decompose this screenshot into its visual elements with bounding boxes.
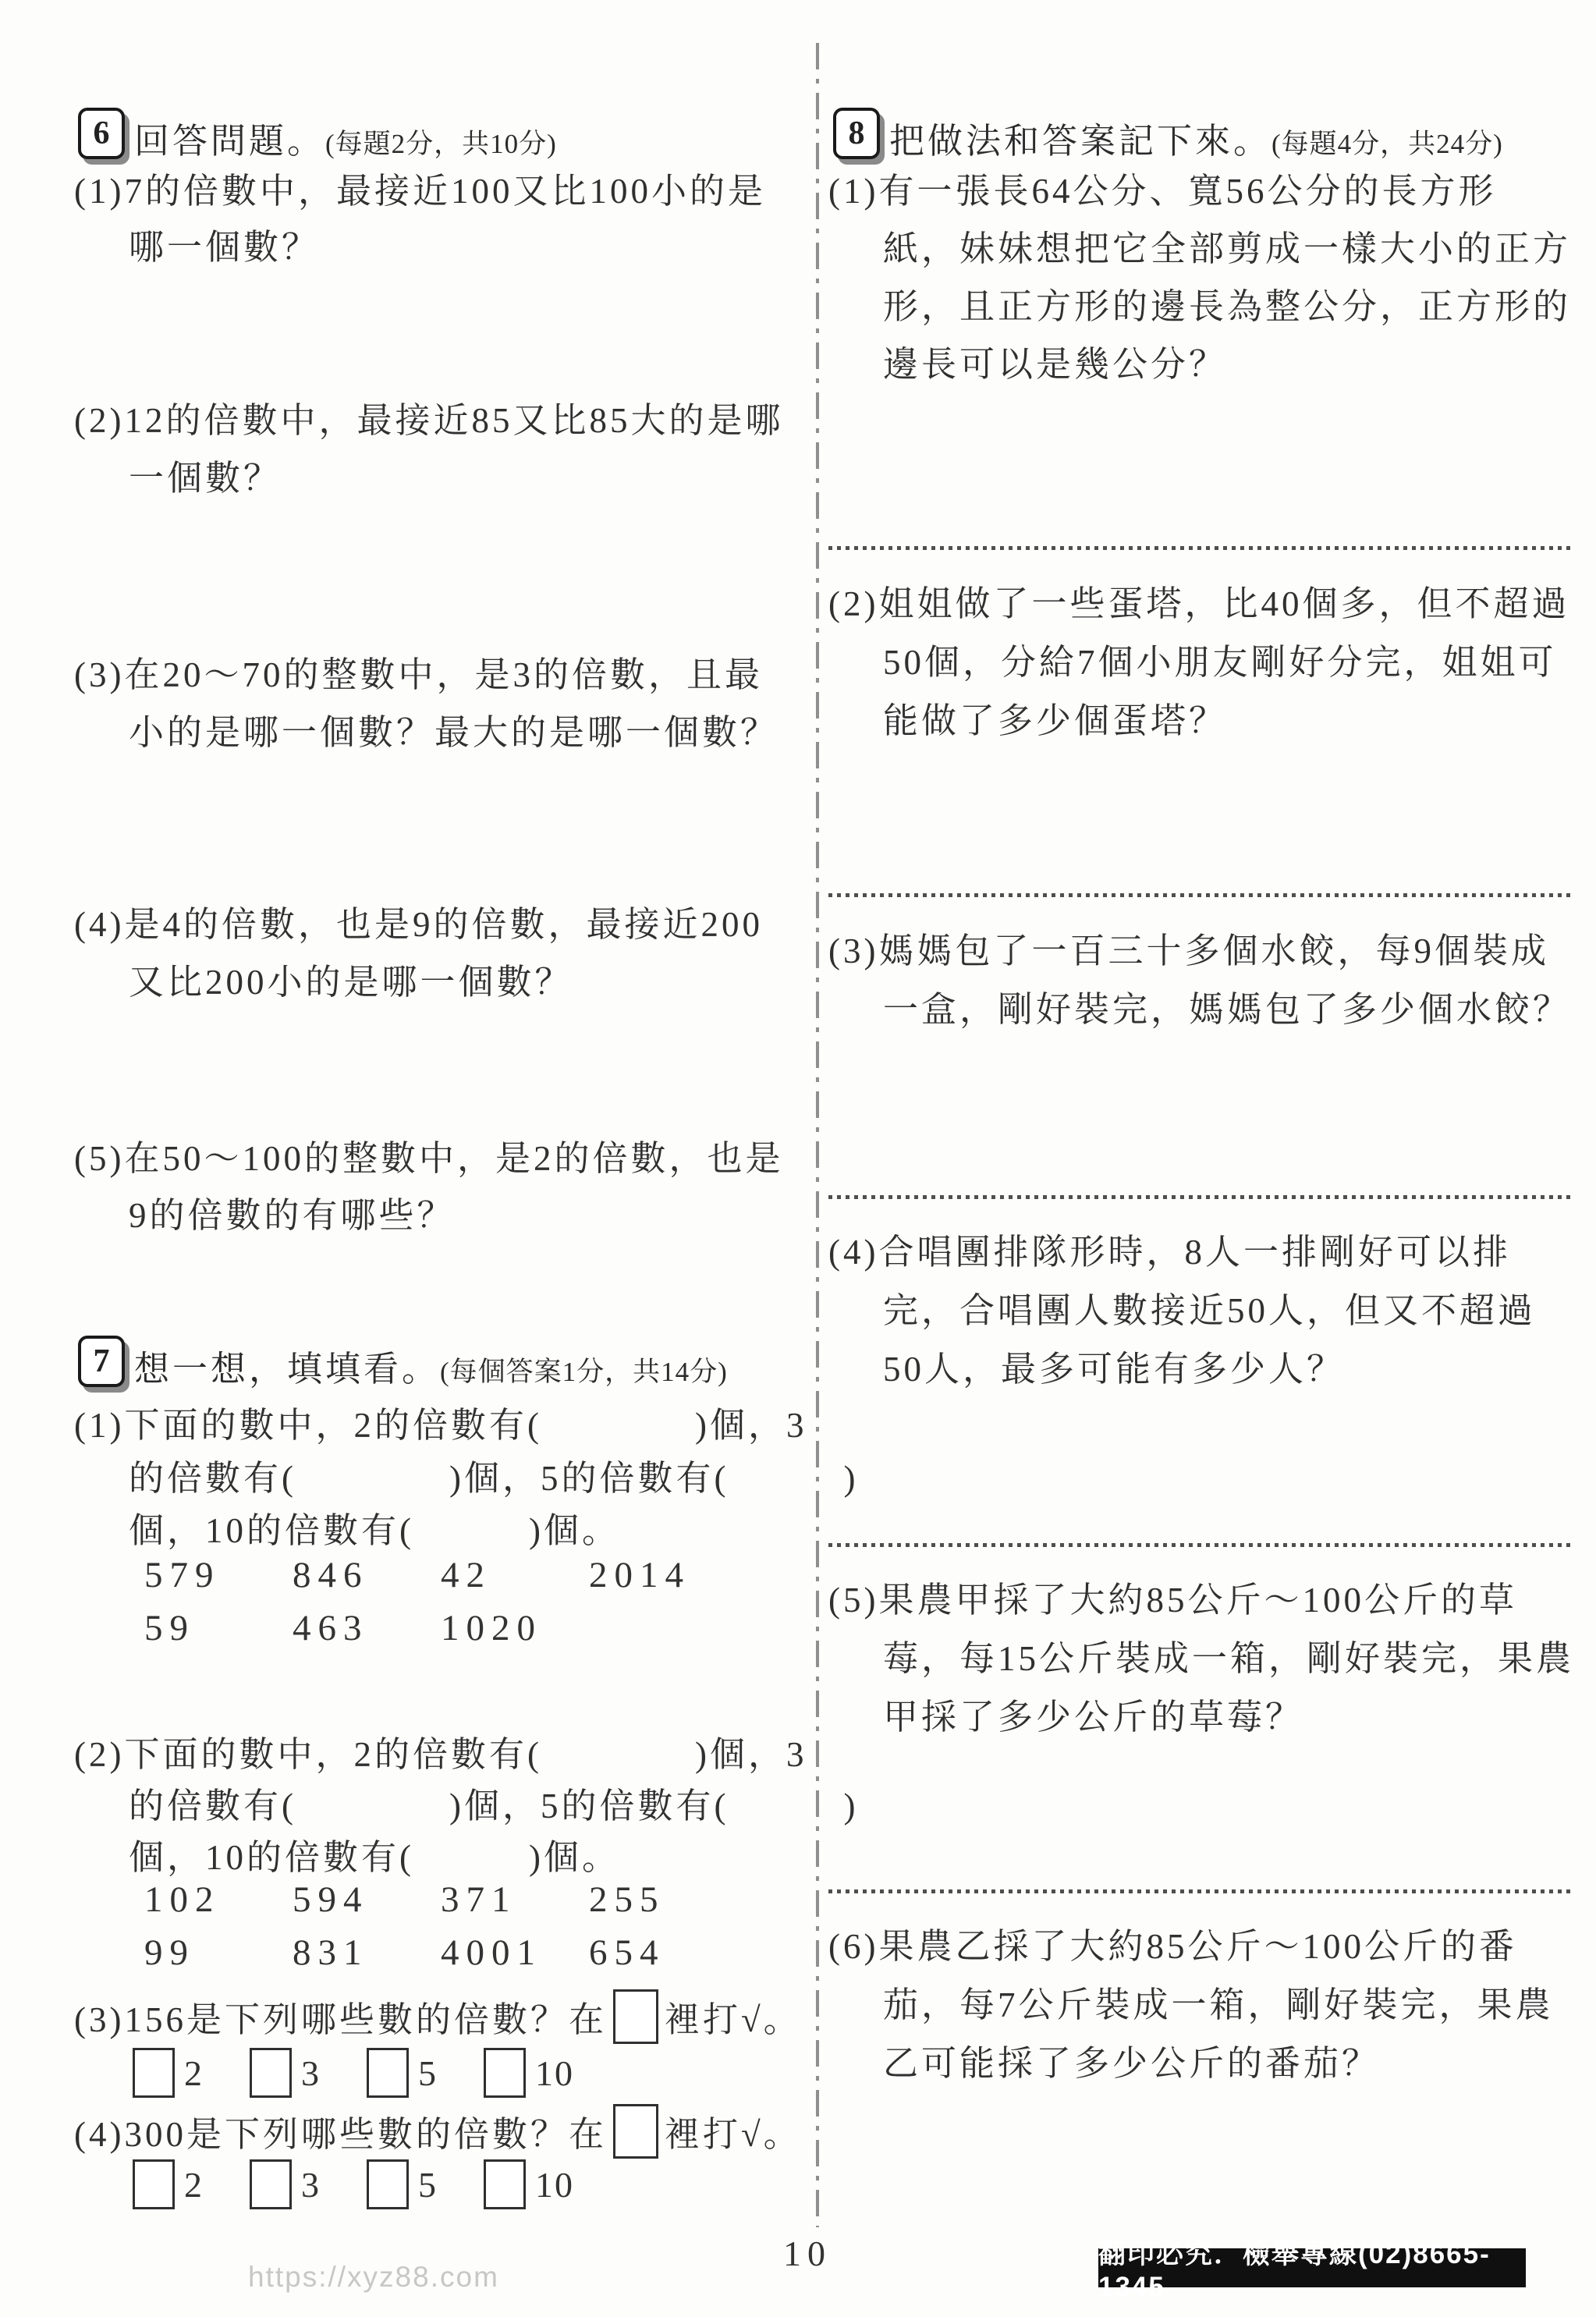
s7-q4-prefix: (4)300是下列哪些數的倍數？在 — [74, 2115, 607, 2154]
checkbox-option-10: 10 — [484, 2048, 601, 2098]
checkbox-icon[interactable] — [484, 2159, 526, 2209]
s7-q1-line-2: 的倍數有( )個，5的倍數有( ) — [129, 1449, 858, 1500]
s6-q5-line-2: 9的倍數的有哪些？ — [129, 1187, 456, 1237]
s6-q5-line-1: (5)在50～100的整數中，是2的倍數，也是 — [74, 1130, 783, 1180]
section-7-title-text: 想一想，填填看。 — [134, 1350, 440, 1389]
section-6-badge: 6 — [78, 108, 125, 159]
number-cell: 579 — [144, 1554, 293, 1596]
s6-q2-line-2: 一個數？ — [129, 449, 282, 500]
s8-q2-line-2: 50個，分給7個小朋友剛好分完，姐姐可 — [883, 633, 1557, 684]
number-cell: 102 — [144, 1879, 293, 1921]
number-cell: 4001 — [441, 1932, 589, 1974]
checkbox-icon[interactable] — [133, 2048, 175, 2098]
checkbox-option-3: 3 — [250, 2048, 367, 2098]
checkbox-icon[interactable] — [250, 2048, 292, 2098]
s6-q2-line-1: (2)12的倍數中，最接近85又比85大的是哪 — [74, 392, 783, 442]
checkbox-option-2: 2 — [133, 2048, 250, 2098]
s6-q1-line-2: 哪一個數？ — [129, 218, 320, 269]
number-cell: 42 — [441, 1554, 589, 1596]
column-divider — [816, 43, 819, 2227]
number-cell: 594 — [293, 1879, 441, 1921]
number-cell: 654 — [589, 1932, 737, 1974]
section-7-title: 想一想，填填看。(每個答案1分，共14分) — [134, 1340, 728, 1391]
checkbox-label: 3 — [301, 2053, 321, 2094]
checkbox-label: 5 — [418, 2164, 438, 2205]
s7-q2-line-1: (2)下面的數中，2的倍數有( )個，3 — [74, 1726, 807, 1776]
answer-separator — [828, 1543, 1571, 1547]
s8-q4-line-1: (4)合唱團排隊形時，8人一排剛好可以排 — [828, 1223, 1511, 1274]
s7-q3-suffix: 裡打√。 — [665, 2000, 802, 2039]
s6-q3-line-1: (3)在20～70的整數中，是3的倍數，且最 — [74, 646, 763, 697]
checkbox-icon[interactable] — [133, 2159, 175, 2209]
s7-q2-number-row-1: 102 594 371 255 — [144, 1879, 737, 1921]
number-cell: 831 — [293, 1932, 441, 1974]
s7-q1-line-3: 個，10的倍數有( )個。 — [129, 1502, 620, 1552]
s8-q4-line-2: 完，合唱團人數接近50人，但又不超過 — [883, 1282, 1536, 1332]
checkbox-option-3: 3 — [250, 2159, 367, 2209]
s7-q4-suffix: 裡打√。 — [665, 2115, 802, 2154]
s8-q1-line-3: 形，且正方形的邊長為整公分，正方形的 — [883, 278, 1571, 328]
s7-q4-line: (4)300是下列哪些數的倍數？在裡打√。 — [74, 2104, 802, 2159]
section-7-score-note: (每個答案1分，共14分) — [440, 1357, 728, 1387]
section-8-score-note: (每題4分，共24分) — [1271, 129, 1503, 159]
s8-q4-line-3: 50人，最多可能有多少人？ — [883, 1340, 1345, 1391]
s7-q2-number-row-2: 99 831 4001 654 — [144, 1932, 737, 1974]
section-6-score-note: (每題2分，共10分) — [325, 129, 557, 159]
checkbox-icon[interactable] — [367, 2159, 409, 2209]
s8-q2-line-1: (2)姐姐做了一些蛋塔，比40個多，但不超過 — [828, 575, 1569, 626]
watermark-url: https://xyz88.com — [248, 2261, 499, 2294]
section-6-title: 回答問題。(每題2分，共10分) — [134, 112, 557, 163]
s6-q4-line-1: (4)是4的倍數，也是9的倍數，最接近200 — [74, 896, 763, 946]
s8-q5-line-3: 甲採了多少公斤的草莓？ — [883, 1688, 1303, 1739]
answer-separator — [828, 546, 1571, 550]
checkbox-label: 2 — [184, 2053, 204, 2094]
s8-q2-line-3: 能做了多少個蛋塔？ — [883, 692, 1227, 743]
checkbox-label: 10 — [535, 2164, 574, 2205]
s8-q6-line-3: 乙可能採了多少公斤的番茄？ — [883, 2035, 1380, 2085]
s7-q2-line-3: 個，10的倍數有( )個。 — [129, 1829, 620, 1879]
answer-separator — [828, 893, 1571, 897]
checkbox-option-5: 5 — [367, 2048, 484, 2098]
checkbox-option-2: 2 — [133, 2159, 250, 2209]
checkbox-icon[interactable] — [250, 2159, 292, 2209]
s7-q1-line-1: (1)下面的數中，2的倍數有( )個，3 — [74, 1396, 807, 1447]
answer-separator — [828, 1889, 1571, 1893]
s8-q6-line-1: (6)果農乙採了大約85公斤～100公斤的番 — [828, 1918, 1517, 1968]
number-cell: 846 — [293, 1554, 441, 1596]
s6-q3-line-2: 小的是哪一個數？最大的是哪一個數？ — [129, 704, 778, 754]
anti-piracy-notice: 翻印必究．檢舉專線(02)8665-1345 — [1098, 2248, 1526, 2287]
answer-box-icon — [613, 1989, 658, 2044]
s7-q1-number-row-2: 59 463 1020 — [144, 1607, 737, 1649]
checkbox-option-10: 10 — [484, 2159, 601, 2209]
s6-q4-line-2: 又比200小的是哪一個數？ — [129, 953, 573, 1004]
section-8-badge: 8 — [833, 108, 880, 159]
s6-q1-line-1: (1)7的倍數中，最接近100又比100小的是 — [74, 162, 766, 213]
s8-q1-line-2: 紙，妹妹想把它全部剪成一樣大小的正方 — [883, 220, 1571, 271]
number-cell: 99 — [144, 1932, 293, 1974]
checkbox-label: 5 — [418, 2053, 438, 2094]
checkbox-icon[interactable] — [484, 2048, 526, 2098]
checkbox-label: 3 — [301, 2164, 321, 2205]
number-cell: 463 — [293, 1607, 441, 1649]
checkbox-label: 2 — [184, 2164, 204, 2205]
s8-q1-line-1: (1)有一張長64公分、寬56公分的長方形 — [828, 162, 1496, 213]
s8-q3-line-2: 一盒，剛好裝完，媽媽包了多少個水餃？ — [883, 981, 1571, 1031]
s8-q5-line-1: (5)果農甲採了大約85公斤～100公斤的草 — [828, 1571, 1517, 1622]
number-cell: 2014 — [589, 1554, 737, 1596]
s8-q5-line-2: 莓，每15公斤裝成一箱，剛好裝完，果農 — [883, 1630, 1574, 1680]
number-cell: 371 — [441, 1879, 589, 1921]
number-cell: 1020 — [441, 1607, 589, 1649]
section-6-title-text: 回答問題。 — [134, 122, 325, 161]
s8-q3-line-1: (3)媽媽包了一百三十多個水餃，每9個裝成 — [828, 922, 1549, 973]
s7-q2-line-2: 的倍數有( )個，5的倍數有( ) — [129, 1777, 858, 1828]
number-cell: 255 — [589, 1879, 737, 1921]
s7-q3-line: (3)156是下列哪些數的倍數？在裡打√。 — [74, 1989, 802, 2044]
section-7-badge: 7 — [78, 1336, 125, 1387]
page-number: 10 — [764, 2233, 850, 2274]
checkbox-icon[interactable] — [367, 2048, 409, 2098]
checkbox-label: 10 — [535, 2053, 574, 2094]
answer-separator — [828, 1195, 1571, 1199]
answer-box-icon — [613, 2104, 658, 2159]
s7-q3-prefix: (3)156是下列哪些數的倍數？在 — [74, 2000, 607, 2039]
s7-q4-checkbox-row: 2 3 5 10 — [133, 2159, 601, 2209]
s8-q6-line-2: 茄，每7公斤裝成一箱，剛好裝完，果農 — [883, 1976, 1554, 2027]
worksheet-page: 6 回答問題。(每題2分，共10分) (1)7的倍數中，最接近100又比100小… — [0, 0, 1596, 2317]
s7-q3-checkbox-row: 2 3 5 10 — [133, 2048, 601, 2098]
section-8-title: 把做法和答案記下來。(每題4分，共24分) — [889, 112, 1503, 163]
s8-q1-line-4: 邊長可以是幾公分？ — [883, 335, 1227, 386]
number-cell: 59 — [144, 1607, 293, 1649]
checkbox-option-5: 5 — [367, 2159, 484, 2209]
section-8-title-text: 把做法和答案記下來。 — [889, 122, 1271, 161]
s7-q1-number-row-1: 579 846 42 2014 — [144, 1554, 737, 1596]
